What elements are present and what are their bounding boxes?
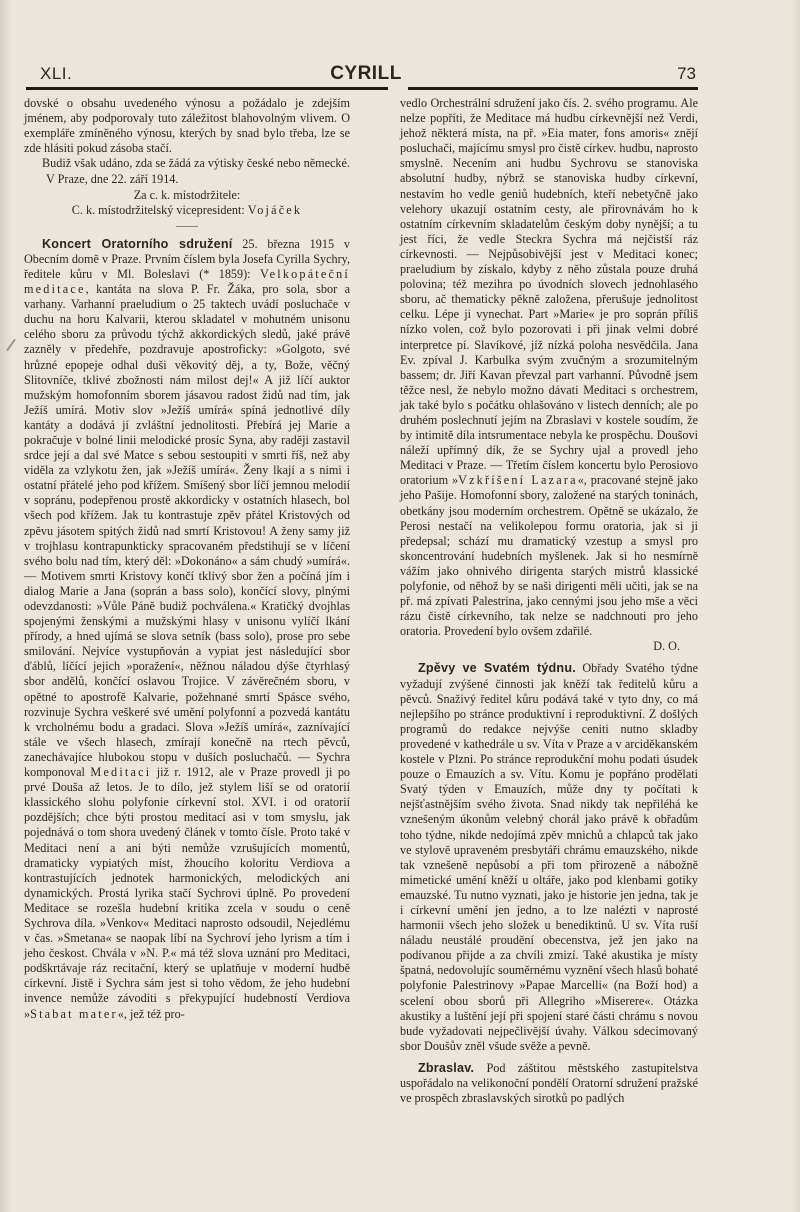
section-divider <box>176 226 198 227</box>
request-paragraph: Budiž však udáno, zda se žádá za výtisky… <box>24 156 350 171</box>
concert-text-2: , kantáta na slova P. Fr. Žáka, pro sola… <box>24 282 350 779</box>
header-rule-right <box>408 87 698 90</box>
concert-continued: vedlo Orchestrální sdružení jako čís. 2.… <box>400 96 698 639</box>
running-header: XLI. CYRILL 73 <box>36 64 696 86</box>
concert-continued-2: «, pracované stejně jako jeho Pašije. Ho… <box>400 473 698 638</box>
right-column: vedlo Orchestrální sdružení jako čís. 2.… <box>400 96 698 1106</box>
on-behalf-line: Za c. k. místodržitele: <box>24 188 350 203</box>
concert-text-3: již r. 1912, ale v Praze provedl ji po p… <box>24 765 350 1021</box>
signature-line: C. k. místodržitelský vicepresident: Voj… <box>24 203 350 218</box>
dateline: V Praze, dne 22. září 1914. <box>24 172 350 187</box>
concert-text-4: «, jež též pro- <box>118 1007 185 1021</box>
concert-article: Koncert Oratorního sdružení 25. března 1… <box>24 237 350 1022</box>
zbraslav-heading: Zbraslav. <box>418 1061 474 1075</box>
concert-heading: Koncert Oratorního sdružení <box>42 237 232 251</box>
meditace-word: Meditaci <box>90 765 151 779</box>
stabat-mater: Stabat mater <box>30 1007 118 1021</box>
page-edge-shadow <box>0 0 12 1212</box>
signature-name: Vojáček <box>248 203 302 217</box>
concert-continued-1: vedlo Orchestrální sdružení jako čís. 2.… <box>400 96 698 487</box>
intro-paragraph: dovské o obsahu uvedeného výnosu a požád… <box>24 96 350 156</box>
holy-week-body: Obřady Svatého týdne vyžadují zvýšené či… <box>400 661 698 1052</box>
header-rule-left <box>26 87 388 90</box>
journal-title: CYRILL <box>36 63 696 85</box>
concert-signoff-row: D. O. <box>400 639 698 654</box>
holy-week-heading: Zpěvy ve Svatém týdnu. <box>418 661 576 675</box>
page-number: 73 <box>677 64 696 84</box>
left-column: dovské o obsahu uvedeného výnosu a požád… <box>24 96 350 1022</box>
concert-signoff: D. O. <box>653 639 680 654</box>
zbraslav-article: Zbraslav. Pod záštitou městského zastupi… <box>400 1061 698 1106</box>
lazarus-title: Vzkříšení Lazara <box>458 473 578 487</box>
page-right-shadow <box>790 0 800 1212</box>
signature-prefix: C. k. místodržitelský vicepresident: <box>72 203 245 217</box>
holy-week-article: Zpěvy ve Svatém týdnu. Obřady Svatého tý… <box>400 661 698 1053</box>
